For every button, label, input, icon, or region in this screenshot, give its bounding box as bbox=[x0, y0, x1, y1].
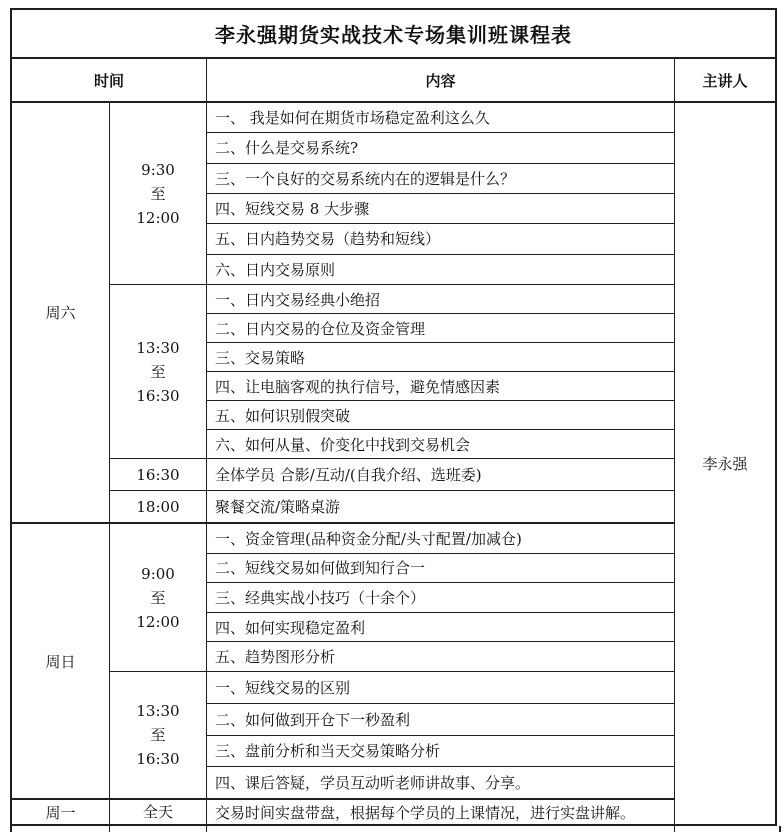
cutoff-row bbox=[10, 826, 781, 832]
time-column: 9:30 至 12:00 13:30 至 16:30 16:30 18:00 9… bbox=[110, 103, 207, 824]
cutoff-cell bbox=[12, 826, 110, 832]
time-line: 12:00 bbox=[136, 610, 179, 634]
time-line: 9:00 bbox=[141, 562, 175, 586]
content-row: 四、让电脑客观的执行信号，避免情感因素 bbox=[207, 371, 674, 400]
cutoff-cell bbox=[207, 826, 675, 832]
cutoff-cell bbox=[110, 826, 207, 832]
content-row: 一、日内交易经典小绝招 bbox=[207, 285, 674, 313]
time-cell-sat-afternoon: 13:30 至 16:30 bbox=[110, 284, 206, 458]
content-row: 六、日内交易原则 bbox=[207, 254, 674, 284]
content-row: 三、经典实战小技巧（十余个） bbox=[207, 582, 674, 612]
content-row: 四、短线交易 8 大步骤 bbox=[207, 193, 674, 223]
content-row: 二、日内交易的仓位及资金管理 bbox=[207, 313, 674, 342]
content-row: 五、如何识别假突破 bbox=[207, 400, 674, 429]
time-line: 16:30 bbox=[136, 384, 179, 408]
time-line: 至 bbox=[150, 586, 165, 610]
column-header-speaker: 主讲人 bbox=[675, 59, 775, 101]
time-line: 13:30 bbox=[136, 699, 179, 723]
day-column: 周六 周日 周一 bbox=[12, 103, 110, 824]
content-row: 聚餐交流/策略桌游 bbox=[207, 491, 674, 522]
time-line: 16:30 bbox=[136, 463, 179, 487]
time-line: 至 bbox=[150, 182, 165, 206]
content-column: 一、 我是如何在期货市场稳定盈利这么久 二、什么是交易系统? 三、一个良好的交易… bbox=[207, 103, 675, 824]
content-row: 全体学员 合影/互动/(自我介绍、选班委) bbox=[207, 459, 674, 490]
content-block-sat-morning: 一、 我是如何在期货市场稳定盈利这么久 二、什么是交易系统? 三、一个良好的交易… bbox=[207, 103, 674, 284]
content-row: 五、日内趋势交易（趋势和短线） bbox=[207, 223, 674, 253]
time-line: 9:30 bbox=[141, 158, 175, 182]
content-block-sat-afternoon: 一、日内交易经典小绝招 二、日内交易的仓位及资金管理 三、交易策略 四、让电脑客… bbox=[207, 284, 674, 458]
time-line: 全天 bbox=[143, 800, 173, 824]
content-block-mon-allday: 交易时间实盘带盘，根据每个学员的上课情况，进行实盘讲解。 bbox=[207, 798, 674, 824]
content-block-sun-afternoon: 一、短线交易的区别 二、如何做到开仓下一秒盈利 三、盘前分析和当天交易策略分析 … bbox=[207, 671, 674, 798]
content-row: 三、盘前分析和当天交易策略分析 bbox=[207, 735, 674, 767]
content-row: 四、课后答疑，学员互动听老师讲故事、分享。 bbox=[207, 766, 674, 798]
time-cell-sun-morning: 9:00 至 12:00 bbox=[110, 522, 206, 671]
content-row: 六、如何从量、价变化中找到交易机会 bbox=[207, 429, 674, 458]
content-row: 三、一个良好的交易系统内在的逻辑是什么？ bbox=[207, 163, 674, 193]
time-cell-sun-afternoon: 13:30 至 16:30 bbox=[110, 671, 206, 798]
content-row: 交易时间实盘带盘，根据每个学员的上课情况，进行实盘讲解。 bbox=[207, 800, 674, 824]
time-line: 18:00 bbox=[136, 495, 179, 519]
content-row: 三、交易策略 bbox=[207, 342, 674, 371]
content-block-sat-1630: 全体学员 合影/互动/(自我介绍、选班委) bbox=[207, 458, 674, 490]
schedule-table: 李永强期货实战技术专场集训班课程表 时间 内容 主讲人 周六 周日 周一 9:3… bbox=[10, 8, 777, 826]
time-cell-sat-1630: 16:30 bbox=[110, 458, 206, 490]
time-line: 12:00 bbox=[136, 206, 179, 230]
time-line: 16:30 bbox=[136, 747, 179, 771]
day-cell-monday: 周一 bbox=[12, 798, 109, 824]
content-row: 四、如何实现稳定盈利 bbox=[207, 612, 674, 642]
content-row: 一、资金管理(品种资金分配/头寸配置/加减仓) bbox=[207, 524, 674, 553]
content-row: 二、什么是交易系统? bbox=[207, 132, 674, 162]
content-block-sat-1800: 聚餐交流/策略桌游 bbox=[207, 490, 674, 522]
time-cell-sat-morning: 9:30 至 12:00 bbox=[110, 103, 206, 284]
table-header-row: 时间 内容 主讲人 bbox=[12, 59, 775, 103]
column-header-content: 内容 bbox=[207, 59, 675, 101]
cutoff-cell bbox=[675, 826, 779, 832]
content-row: 二、如何做到开仓下一秒盈利 bbox=[207, 703, 674, 735]
time-cell-mon-allday: 全天 bbox=[110, 798, 206, 824]
speaker-column: 李永强 bbox=[675, 103, 775, 824]
content-row: 一、 我是如何在期货市场稳定盈利这么久 bbox=[207, 103, 674, 132]
time-cell-sat-1800: 18:00 bbox=[110, 490, 206, 522]
column-header-time: 时间 bbox=[12, 59, 207, 101]
day-cell-sunday: 周日 bbox=[12, 522, 109, 798]
table-body: 周六 周日 周一 9:30 至 12:00 13:30 至 16:30 16:3… bbox=[12, 103, 775, 824]
time-line: 13:30 bbox=[136, 336, 179, 360]
content-row: 一、短线交易的区别 bbox=[207, 672, 674, 703]
content-block-sun-morning: 一、资金管理(品种资金分配/头寸配置/加减仓) 二、短线交易如何做到知行合一 三… bbox=[207, 522, 674, 671]
day-cell-saturday: 周六 bbox=[12, 103, 109, 522]
content-row: 五、趋势图形分析 bbox=[207, 641, 674, 671]
speaker-cell: 李永强 bbox=[675, 103, 775, 824]
table-title: 李永强期货实战技术专场集训班课程表 bbox=[12, 10, 775, 59]
time-line: 至 bbox=[150, 723, 165, 747]
page: 李永强期货实战技术专场集训班课程表 时间 内容 主讲人 周六 周日 周一 9:3… bbox=[0, 0, 784, 832]
content-row: 二、短线交易如何做到知行合一 bbox=[207, 553, 674, 583]
time-line: 至 bbox=[150, 360, 165, 384]
